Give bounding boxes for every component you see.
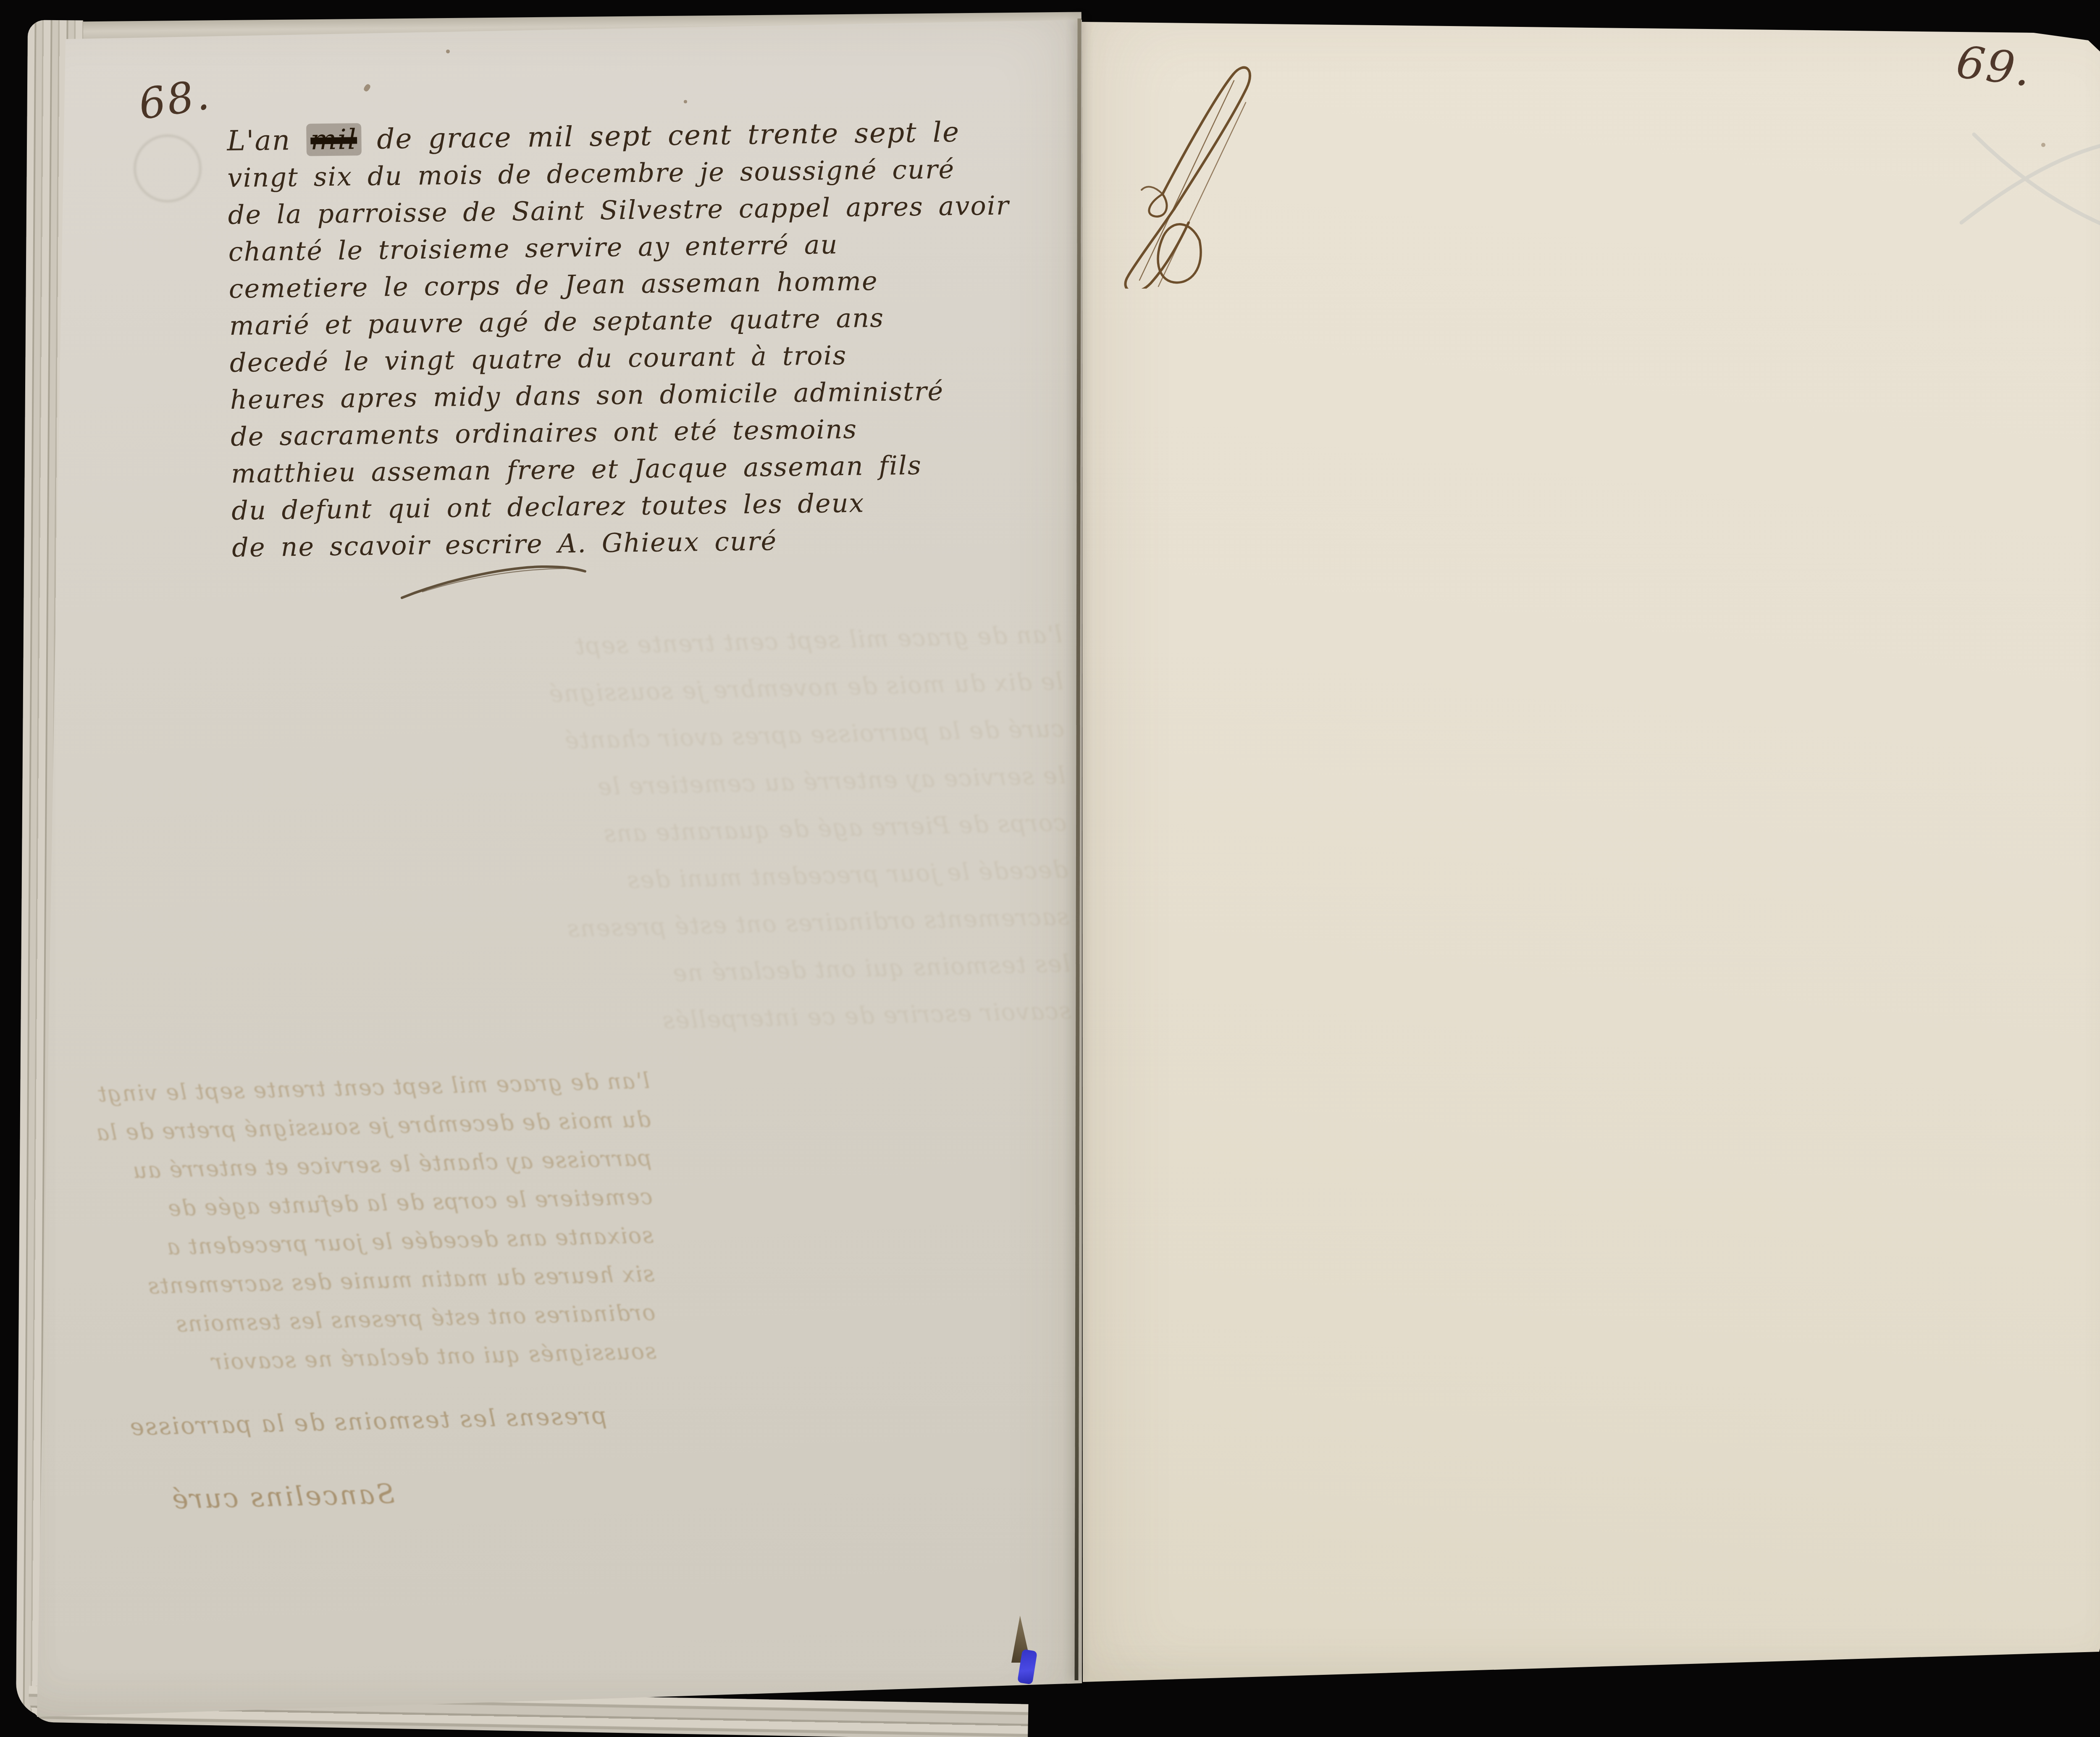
signature-underline-flourish xyxy=(397,561,598,601)
showthrough-dark-block: l'an de grace mil sept cent trente sept … xyxy=(32,1062,657,1386)
showthrough-faint-block: l'an de grace mil sept cent trente septl… xyxy=(264,611,1072,1054)
burial-act-text: L'an mil de grace mil sept cent trente s… xyxy=(227,113,1014,566)
act-line-1-post: de grace mil sept cent trente sept le xyxy=(377,116,960,155)
paraph-flourish xyxy=(1100,51,1259,289)
ink-ring-smudge xyxy=(134,134,202,202)
showthrough-signature-line: Sancelins curé xyxy=(126,1479,395,1516)
ink-speck xyxy=(446,50,450,53)
manuscript-scan: 68. L'an mil de grace mil sept cent tren… xyxy=(0,0,2100,1737)
right-page-number: 69. xyxy=(1953,36,2035,96)
act-line-1-pre: L'an xyxy=(227,124,291,157)
crossed-out-word: mil xyxy=(306,123,362,156)
ink-speck xyxy=(684,100,687,103)
pencil-smudge xyxy=(1949,118,2100,244)
act-lines: vingt six du mois de decembre je soussig… xyxy=(227,150,1014,566)
